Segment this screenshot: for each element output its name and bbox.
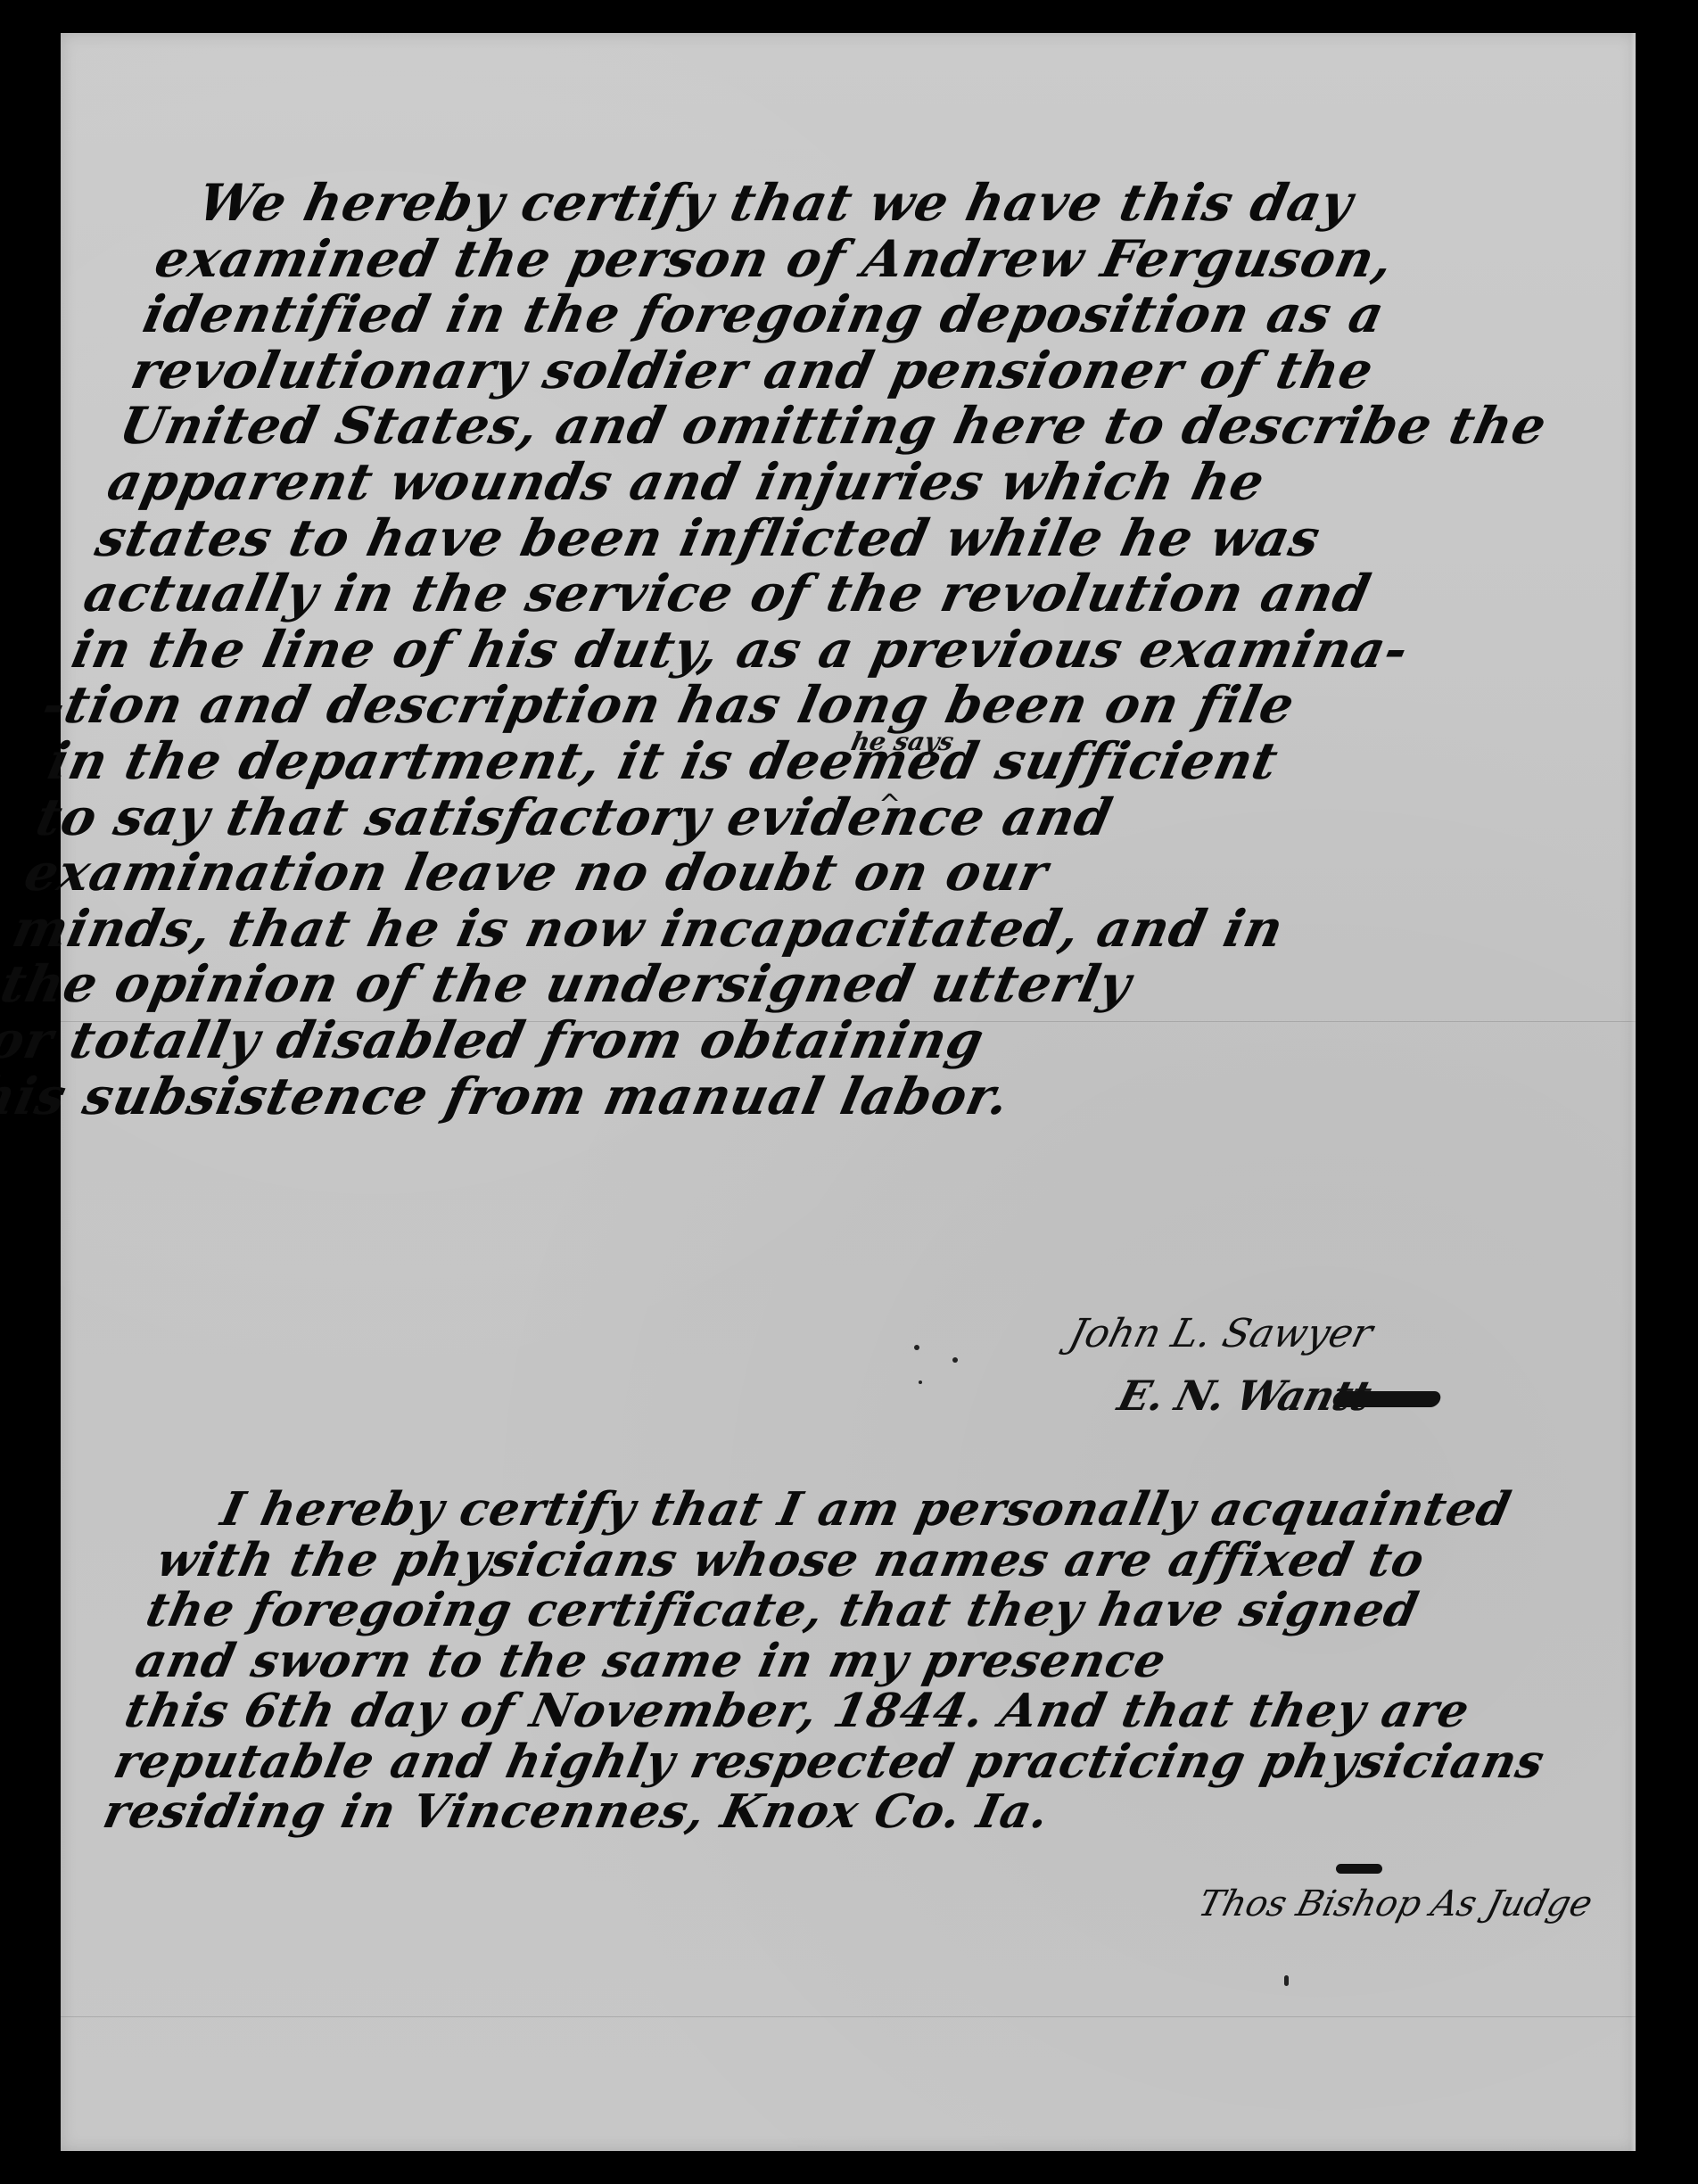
certificate-line: his subsistence from manual labor. xyxy=(0,1069,1429,1125)
signature-physician-2: E. N. Wantt xyxy=(1113,1372,1447,1420)
certificate-line: in the line of his duty, as a previous e… xyxy=(67,622,1523,679)
certificate-line: examination leave no doubt on our xyxy=(20,845,1476,902)
certificate-line: or totally disabled from obtaining xyxy=(0,1013,1440,1069)
judge-certificate: I hereby certify that I am personally ac… xyxy=(99,1485,1619,1838)
certificate-line: states to have been inflicted while he w… xyxy=(91,511,1547,567)
certificate-line: residing in Vincennes, Knox Co. Ia. xyxy=(99,1787,1554,1838)
certificate-line: actually in the service of the revolutio… xyxy=(79,566,1536,622)
signature-physician-1: John L. Sawyer xyxy=(1065,1311,1378,1356)
certificate-line: We hereby certify that we have this day xyxy=(162,176,1619,232)
certificate-line: examined the person of Andrew Ferguson, xyxy=(150,232,1606,288)
certificate-line: I hereby certify that I am personally ac… xyxy=(163,1485,1619,1536)
certificate-line: and sworn to the same in my presence xyxy=(131,1636,1587,1687)
insertion-caret: ^ xyxy=(878,789,901,820)
certificate-line: apparent wounds and injuries which he xyxy=(103,455,1559,511)
closing-dash xyxy=(1336,1864,1382,1874)
certificate-line: with the physicians whose names are affi… xyxy=(152,1536,1608,1586)
certificate-line: the opinion of the undersigned utterly xyxy=(0,957,1453,1013)
interlinear-insertion: he says xyxy=(848,727,956,756)
certificate-line: the foregoing certificate, that they hav… xyxy=(142,1586,1597,1636)
ink-spot xyxy=(952,1357,958,1363)
certificate-line: reputable and highly respected practicin… xyxy=(110,1737,1565,1788)
signature-flourish xyxy=(1331,1391,1441,1407)
signature-judge: Thos Bishop As Judge xyxy=(1194,1883,1596,1924)
certificate-line: identified in the foregoing deposition a… xyxy=(138,287,1595,343)
page-edge xyxy=(1630,33,1636,2151)
certificate-line: this 6th day of November, 1844. And that… xyxy=(120,1686,1576,1737)
paper-fold-line xyxy=(61,2016,1636,2017)
certificate-line: -tion and description has long been on f… xyxy=(37,678,1512,734)
certificate-line: minds, that he is now incapacitated, and… xyxy=(8,902,1464,958)
ink-spot xyxy=(1284,1975,1289,1986)
certificate-line: in the department, it is deemed sufficie… xyxy=(44,734,1500,790)
physicians-certificate: We hereby certify that we have this day … xyxy=(0,176,1619,1125)
certificate-line: to say that satisfactory evidence and xyxy=(31,790,1488,846)
ink-spot xyxy=(914,1345,919,1350)
certificate-line: United States, and omitting here to desc… xyxy=(114,399,1570,455)
ink-spot xyxy=(919,1380,922,1384)
certificate-line: revolutionary soldier and pensioner of t… xyxy=(127,343,1583,400)
